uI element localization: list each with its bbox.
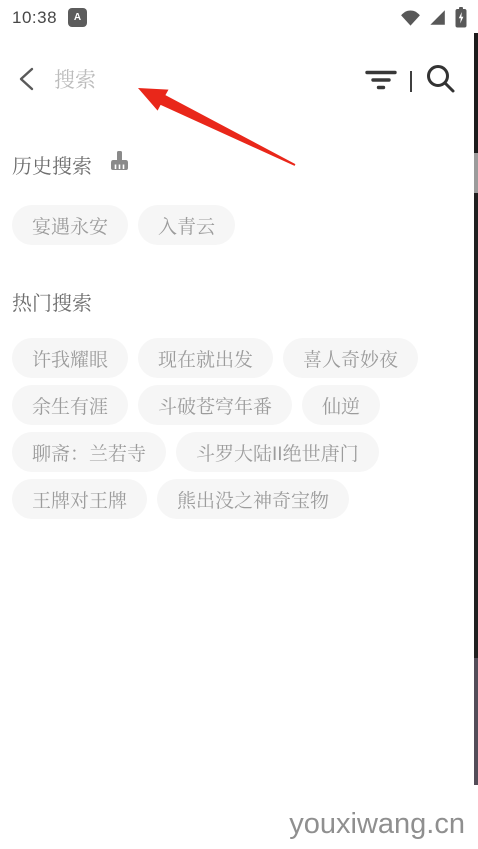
- history-section-header: 历史搜索: [12, 148, 466, 180]
- search-tag[interactable]: 王牌对王牌: [12, 479, 147, 519]
- search-tag[interactable]: 聊斋：兰若寺: [12, 432, 166, 472]
- search-tag[interactable]: 喜人奇妙夜: [283, 338, 418, 378]
- status-bar: 10:38 A: [0, 0, 478, 35]
- search-tag[interactable]: 余生有涯: [12, 385, 128, 425]
- battery-charging-icon: [455, 7, 467, 28]
- search-input[interactable]: [54, 69, 274, 93]
- hot-title: 热门搜索: [12, 287, 92, 316]
- search-tag[interactable]: 熊出没之神奇宝物: [157, 479, 349, 519]
- search-button[interactable]: [425, 63, 456, 99]
- screen-edge-strip: [474, 33, 478, 785]
- broom-icon: [106, 148, 133, 180]
- search-header-actions: [365, 63, 456, 99]
- watermark: youxiwang.cn: [289, 808, 465, 841]
- filter-icon: [365, 79, 397, 96]
- history-tag-list: 宴遇永安入青云: [12, 205, 472, 245]
- search-tag[interactable]: 现在就出发: [138, 338, 273, 378]
- search-tag[interactable]: 宴遇永安: [12, 205, 128, 245]
- search-icon: [425, 81, 456, 98]
- chevron-left-icon: [16, 66, 40, 97]
- search-tag[interactable]: 入青云: [138, 205, 235, 245]
- search-tag[interactable]: 仙逆: [302, 385, 380, 425]
- search-header: [0, 58, 478, 104]
- wifi-icon: [400, 9, 421, 26]
- status-icons: [400, 7, 467, 28]
- search-tag[interactable]: 许我耀眼: [12, 338, 128, 378]
- hot-tag-row: 聊斋：兰若寺斗罗大陆II绝世唐门: [12, 432, 472, 472]
- notification-app-badge-icon: A: [68, 8, 87, 27]
- search-tag[interactable]: 斗罗大陆II绝世唐门: [176, 432, 379, 472]
- back-button[interactable]: [14, 67, 42, 95]
- hot-tag-row: 许我耀眼现在就出发喜人奇妙夜: [12, 338, 472, 378]
- search-tag[interactable]: 斗破苍穹年番: [138, 385, 292, 425]
- hot-tag-row: 余生有涯斗破苍穹年番仙逆: [12, 385, 472, 425]
- filter-button[interactable]: [365, 66, 397, 97]
- icon-divider: [410, 71, 412, 92]
- status-time: 10:38: [12, 8, 57, 28]
- history-title: 历史搜索: [12, 150, 92, 179]
- hot-section-header: 热门搜索: [12, 287, 466, 316]
- cell-signal-icon: [429, 9, 447, 26]
- hot-tag-row: 王牌对王牌熊出没之神奇宝物: [12, 479, 472, 519]
- clear-history-button[interactable]: [106, 148, 133, 180]
